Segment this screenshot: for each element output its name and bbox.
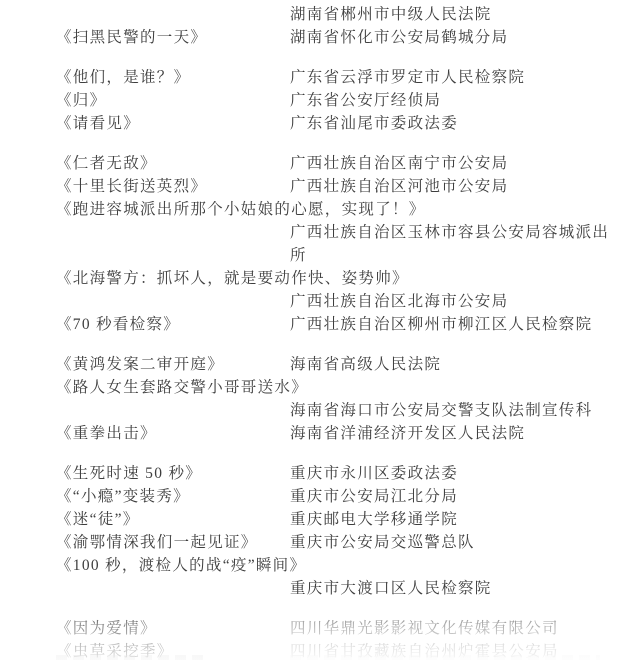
entry-organization: 广西壮族自治区玉林市容县公安局容城派出 (290, 221, 609, 244)
entry-row: 湖南省郴州市中级人民法院 (0, 3, 640, 26)
entry-row: 《他们，是谁？》广东省云浮市罗定市人民检察院 (0, 66, 640, 89)
entry-row: 《黄鸿发案二审开庭》海南省高级人民法院 (0, 353, 640, 376)
entry-title: 《重拳出击》 (56, 422, 157, 445)
entry-group: 《他们，是谁？》广东省云浮市罗定市人民检察院《归》广东省公安厅经侦局《请看见》广… (0, 66, 640, 135)
entry-title: 《“小瘾”变装秀》 (56, 485, 190, 508)
entry-title: 《路人女生套路交警小哥哥送水》 (56, 376, 308, 399)
entry-title: 《跑进容城派出所那个小姑娘的心愿，实现了！》 (56, 198, 426, 221)
entry-title: 《仁者无敌》 (56, 152, 157, 175)
entry-row: 《“小瘾”变装秀》重庆市公安局江北分局 (0, 485, 640, 508)
entry-title: 《北海警方：抓坏人，就是要动作快、姿势帅》 (56, 267, 409, 290)
entry-row: 《虫草采挖季》四川省甘孜藏族自治州炉霍县公安局 (0, 640, 640, 660)
entry-row: 《渝鄂情深我们一起见证》重庆市公安局交巡警总队 (0, 531, 640, 554)
entry-row: 《路人女生套路交警小哥哥送水》 (0, 376, 640, 399)
entry-organization: 广东省云浮市罗定市人民检察院 (290, 66, 525, 89)
entry-row: 所 (0, 244, 640, 267)
entry-organization: 重庆市永川区委政法委 (290, 462, 458, 485)
entry-organization: 广西壮族自治区河池市公安局 (290, 175, 508, 198)
entry-row: 《归》广东省公安厅经侦局 (0, 89, 640, 112)
entry-organization: 海南省洋浦经济开发区人民法院 (290, 422, 525, 445)
entry-title: 《归》 (56, 89, 106, 112)
entry-organization: 重庆市公安局交巡警总队 (290, 531, 475, 554)
entry-title: 《黄鸿发案二审开庭》 (56, 353, 224, 376)
entry-row: 海南省海口市公安局交警支队法制宣传科 (0, 399, 640, 422)
entry-organization: 广东省汕尾市委政法委 (290, 112, 458, 135)
entry-row: 广西壮族自治区玉林市容县公安局容城派出 (0, 221, 640, 244)
entry-group: 《因为爱情》四川华鼎光影影视文化传媒有限公司《虫草采挖季》四川省甘孜藏族自治州炉… (0, 617, 640, 660)
entry-organization: 广东省公安厅经侦局 (290, 89, 441, 112)
entry-organization: 海南省高级人民法院 (290, 353, 441, 376)
entry-row: 《100 秒，渡检人的战“疫”瞬间》 (0, 554, 640, 577)
entry-row: 《因为爱情》四川华鼎光影影视文化传媒有限公司 (0, 617, 640, 640)
entry-row: 重庆市大渡口区人民检察院 (0, 577, 640, 600)
entry-row: 《70 秒看检察》广西壮族自治区柳州市柳江区人民检察院 (0, 313, 640, 336)
entry-list: 湖南省郴州市中级人民法院《扫黑民警的一天》湖南省怀化市公安局鹤城分局《他们，是谁… (0, 3, 640, 660)
entry-organization: 湖南省怀化市公安局鹤城分局 (290, 26, 508, 49)
entry-row: 《迷“徒”》重庆邮电大学移通学院 (0, 508, 640, 531)
entry-row: 《重拳出击》海南省洋浦经济开发区人民法院 (0, 422, 640, 445)
entry-title: 《因为爱情》 (56, 617, 157, 640)
entry-organization: 重庆市公安局江北分局 (290, 485, 458, 508)
entry-group: 《仁者无敌》广西壮族自治区南宁市公安局《十里长街送英烈》广西壮族自治区河池市公安… (0, 152, 640, 336)
entry-group: 《生死时速 50 秒》重庆市永川区委政法委《“小瘾”变装秀》重庆市公安局江北分局… (0, 462, 640, 600)
entry-row: 《仁者无敌》广西壮族自治区南宁市公安局 (0, 152, 640, 175)
entry-organization: 广西壮族自治区柳州市柳江区人民检察院 (290, 313, 592, 336)
entry-organization: 湖南省郴州市中级人民法院 (290, 3, 492, 26)
entry-title: 《渝鄂情深我们一起见证》 (56, 531, 258, 554)
entry-title: 《请看见》 (56, 112, 140, 135)
document-page: 湖南省郴州市中级人民法院《扫黑民警的一天》湖南省怀化市公安局鹤城分局《他们，是谁… (0, 0, 640, 660)
entry-title: 《100 秒，渡检人的战“疫”瞬间》 (56, 554, 306, 577)
entry-organization: 四川华鼎光影影视文化传媒有限公司 (290, 617, 559, 640)
entry-row: 广西壮族自治区北海市公安局 (0, 290, 640, 313)
entry-organization: 重庆邮电大学移通学院 (290, 508, 458, 531)
entry-title: 《迷“徒”》 (56, 508, 140, 531)
entry-organization: 广西壮族自治区南宁市公安局 (290, 152, 508, 175)
entry-group: 湖南省郴州市中级人民法院《扫黑民警的一天》湖南省怀化市公安局鹤城分局 (0, 3, 640, 49)
entry-row: 《跑进容城派出所那个小姑娘的心愿，实现了！》 (0, 198, 640, 221)
entry-title: 《扫黑民警的一天》 (56, 26, 207, 49)
entry-title: 《生死时速 50 秒》 (56, 462, 202, 485)
entry-row: 《生死时速 50 秒》重庆市永川区委政法委 (0, 462, 640, 485)
entry-row: 《北海警方：抓坏人，就是要动作快、姿势帅》 (0, 267, 640, 290)
entry-title: 《他们，是谁？》 (56, 66, 190, 89)
entry-organization: 所 (290, 244, 307, 267)
entry-organization: 四川省甘孜藏族自治州炉霍县公安局 (290, 640, 559, 660)
entry-group: 《黄鸿发案二审开庭》海南省高级人民法院《路人女生套路交警小哥哥送水》海南省海口市… (0, 353, 640, 445)
entry-row: 《请看见》广东省汕尾市委政法委 (0, 112, 640, 135)
entry-organization: 广西壮族自治区北海市公安局 (290, 290, 508, 313)
entry-title: 《70 秒看检察》 (56, 313, 180, 336)
entry-title: 《虫草采挖季》 (56, 640, 174, 660)
entry-organization: 重庆市大渡口区人民检察院 (290, 577, 492, 600)
entry-row: 《扫黑民警的一天》湖南省怀化市公安局鹤城分局 (0, 26, 640, 49)
entry-row: 《十里长街送英烈》广西壮族自治区河池市公安局 (0, 175, 640, 198)
entry-title: 《十里长街送英烈》 (56, 175, 207, 198)
entry-organization: 海南省海口市公安局交警支队法制宣传科 (290, 399, 592, 422)
